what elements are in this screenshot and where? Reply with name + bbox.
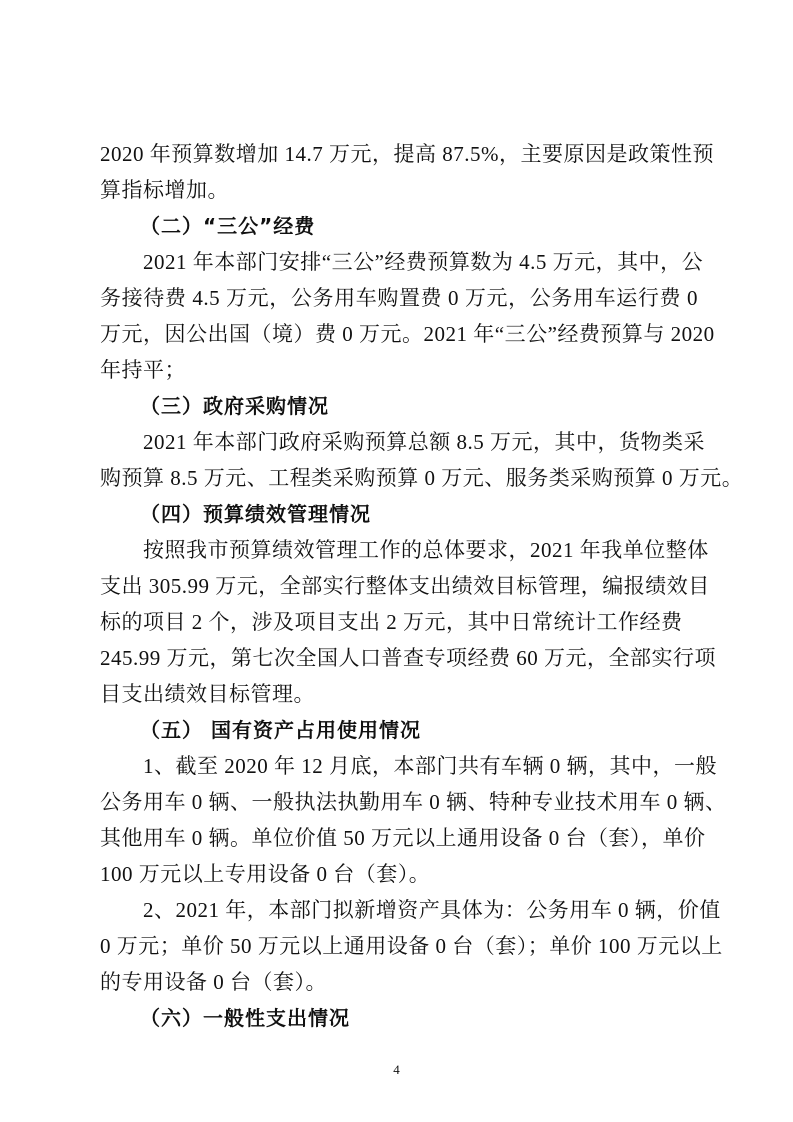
- section-heading-performance: （四）预算绩效管理情况: [140, 499, 740, 529]
- paragraph-line: 1、截至 2020 年 12 月底，本部门共有车辆 0 辆，其中，一般: [143, 751, 698, 781]
- paragraph-line: 公务用车 0 辆、一般执法执勤用车 0 辆、特种专业技术用车 0 辆、: [100, 787, 698, 817]
- paragraph-line: 标的项目 2 个，涉及项目支出 2 万元，其中日常统计工作经费: [100, 607, 700, 637]
- document-page: 2020 年预算数增加 14.7 万元，提高 87.5%，主要原因是政策性预 算…: [0, 0, 793, 1122]
- section-heading-sangong: （二）“三公”经费: [140, 211, 740, 241]
- paragraph-line: 年持平；: [100, 355, 700, 385]
- paragraph-line: 的专用设备 0 台（套）。: [100, 967, 700, 997]
- paragraph-line: 其他用车 0 辆。单位价值 50 万元以上通用设备 0 台（套），单价: [100, 823, 698, 853]
- paragraph-line: 245.99 万元，第七次全国人口普查专项经费 60 万元，全部实行项: [100, 643, 698, 673]
- paragraph-line: 2021 年本部门政府采购预算总额 8.5 万元，其中，货物类采: [143, 427, 698, 457]
- paragraph-line: 2020 年预算数增加 14.7 万元，提高 87.5%，主要原因是政策性预: [100, 139, 698, 169]
- paragraph-line: 务接待费 4.5 万元，公务用车购置费 0 万元，公务用车运行费 0: [100, 283, 698, 313]
- paragraph-line: 万元，因公出国（境）费 0 万元。2021 年“三公”经费预算与 2020: [100, 319, 698, 349]
- paragraph-line: 目支出绩效目标管理。: [100, 679, 700, 709]
- paragraph-line: 2021 年本部门安排“三公”经费预算数为 4.5 万元，其中，公: [143, 247, 698, 277]
- paragraph-line: 0 万元；单价 50 万元以上通用设备 0 台（套）；单价 100 万元以上: [100, 931, 698, 961]
- paragraph-line: 按照我市预算绩效管理工作的总体要求，2021 年我单位整体: [143, 535, 698, 565]
- section-heading-state-assets: （五） 国有资产占用使用情况: [140, 715, 740, 745]
- page-number: 4: [0, 1062, 793, 1078]
- paragraph-line: 算指标增加。: [100, 175, 700, 205]
- section-heading-procurement: （三）政府采购情况: [140, 391, 740, 421]
- paragraph-line: 支出 305.99 万元，全部实行整体支出绩效目标管理，编报绩效目: [100, 571, 698, 601]
- paragraph-line: 100 万元以上专用设备 0 台（套）。: [100, 859, 700, 889]
- paragraph-line: 2、2021 年，本部门拟新增资产具体为：公务用车 0 辆，价值: [143, 895, 698, 925]
- section-heading-general-expenditure: （六）一般性支出情况: [140, 1003, 740, 1033]
- paragraph-line: 购预算 8.5 万元、工程类采购预算 0 万元、服务类采购预算 0 万元。: [100, 463, 698, 493]
